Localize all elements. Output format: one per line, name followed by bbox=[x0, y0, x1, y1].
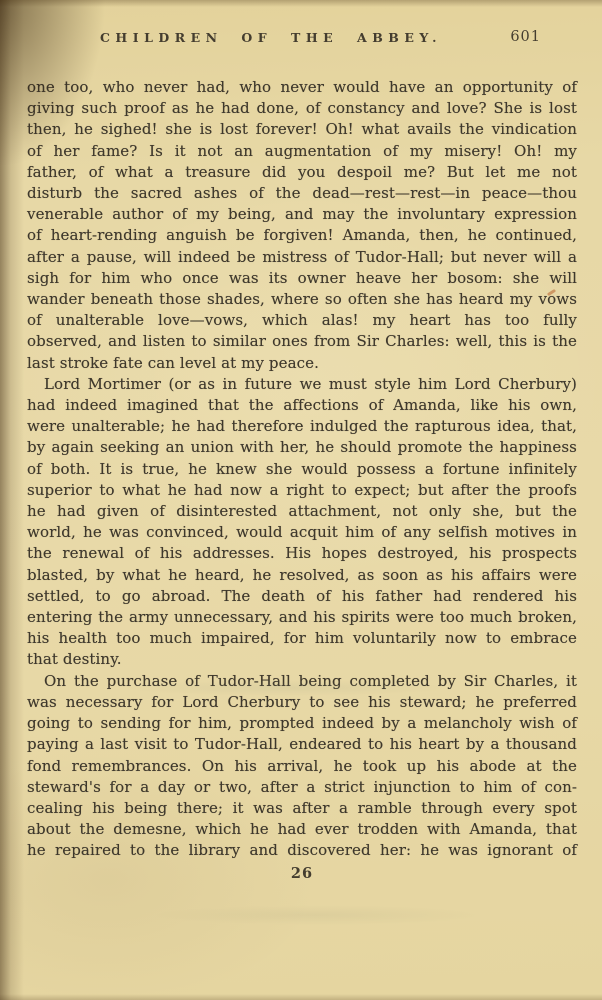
text-line: sigh for him who once was its owner heav… bbox=[27, 268, 577, 289]
text-line: by again seeking an union with her, he s… bbox=[27, 437, 577, 458]
text-line: settled, to go abroad. The death of his … bbox=[27, 586, 577, 607]
running-header: CHILDREN OF THE ABBEY. 601 bbox=[27, 30, 577, 50]
text-line: cealing his being there; it was after a … bbox=[27, 798, 577, 819]
text-line: had indeed imagined that the affections … bbox=[27, 395, 577, 416]
text-line: father, of what a treasure did you despo… bbox=[27, 162, 577, 183]
text-line: of unalterable love—vows, which alas! my… bbox=[27, 310, 577, 331]
running-title: CHILDREN OF THE ABBEY. bbox=[100, 30, 442, 45]
text-line: he repaired to the library and discovere… bbox=[27, 840, 577, 861]
text-line: of heart-rending anguish be forgiven! Am… bbox=[27, 225, 577, 246]
paragraph: one too, who never had, who never would … bbox=[27, 77, 577, 374]
text-line: disturb the sacred ashes of the dead—res… bbox=[27, 183, 577, 204]
text-line: blasted, by what he heard, he resolved, … bbox=[27, 565, 577, 586]
paper-stain bbox=[120, 680, 450, 696]
paper-stain bbox=[150, 905, 480, 925]
text-line: paying a last visit to Tudor-Hall, endea… bbox=[27, 734, 577, 755]
page-top-edge bbox=[0, 0, 602, 7]
text-line: venerable author of my being, and may th… bbox=[27, 204, 577, 225]
text-block: one too, who never had, who never would … bbox=[27, 77, 577, 862]
binding-shadow bbox=[0, 0, 24, 1000]
text-line: wander beneath those shades, where so of… bbox=[27, 289, 577, 310]
text-line: the renewal of his addresses. His hopes … bbox=[27, 543, 577, 564]
book-page: CHILDREN OF THE ABBEY. 601 one too, who … bbox=[0, 0, 602, 1000]
text-line: last stroke fate can level at my peace. bbox=[27, 353, 577, 374]
paragraph: On the purchase of Tudor-Hall being comp… bbox=[27, 671, 577, 862]
text-line: one too, who never had, who never would … bbox=[27, 77, 577, 98]
paragraph: Lord Mortimer (or as in future we must s… bbox=[27, 374, 577, 671]
signature-number: 26 bbox=[291, 865, 313, 882]
text-line: steward's for a day or two, after a stri… bbox=[27, 777, 577, 798]
text-line: superior to what he had now a right to e… bbox=[27, 480, 577, 501]
text-line: were unalterable; he had therefore indul… bbox=[27, 416, 577, 437]
text-line: giving such proof as he had done, of con… bbox=[27, 98, 577, 119]
page-bottom-edge bbox=[0, 994, 602, 1000]
text-line: that destiny. bbox=[27, 649, 577, 670]
text-line: world, he was convinced, would acquit hi… bbox=[27, 522, 577, 543]
text-line: his health too much impaired, for him vo… bbox=[27, 628, 577, 649]
page-footer: 26 bbox=[27, 863, 577, 882]
text-line: then, he sighed! she is lost forever! Oh… bbox=[27, 119, 577, 140]
text-line: entering the army unnecessary, and his s… bbox=[27, 607, 577, 628]
page-number: 601 bbox=[510, 29, 541, 45]
text-line: about the demesne, which he had ever tro… bbox=[27, 819, 577, 840]
text-line: observed, and listen to similar ones fro… bbox=[27, 331, 577, 352]
text-line: going to sending for him, prompted indee… bbox=[27, 713, 577, 734]
text-line: he had given of disinterested attachment… bbox=[27, 501, 577, 522]
text-line: fond remembrances. On his arrival, he to… bbox=[27, 756, 577, 777]
text-line: after a pause, will indeed be mistress o… bbox=[27, 247, 577, 268]
text-line: of both. It is true, he knew she would p… bbox=[27, 459, 577, 480]
text-line: Lord Mortimer (or as in future we must s… bbox=[27, 374, 577, 395]
text-line: of her fame? Is it not an augmentation o… bbox=[27, 141, 577, 162]
